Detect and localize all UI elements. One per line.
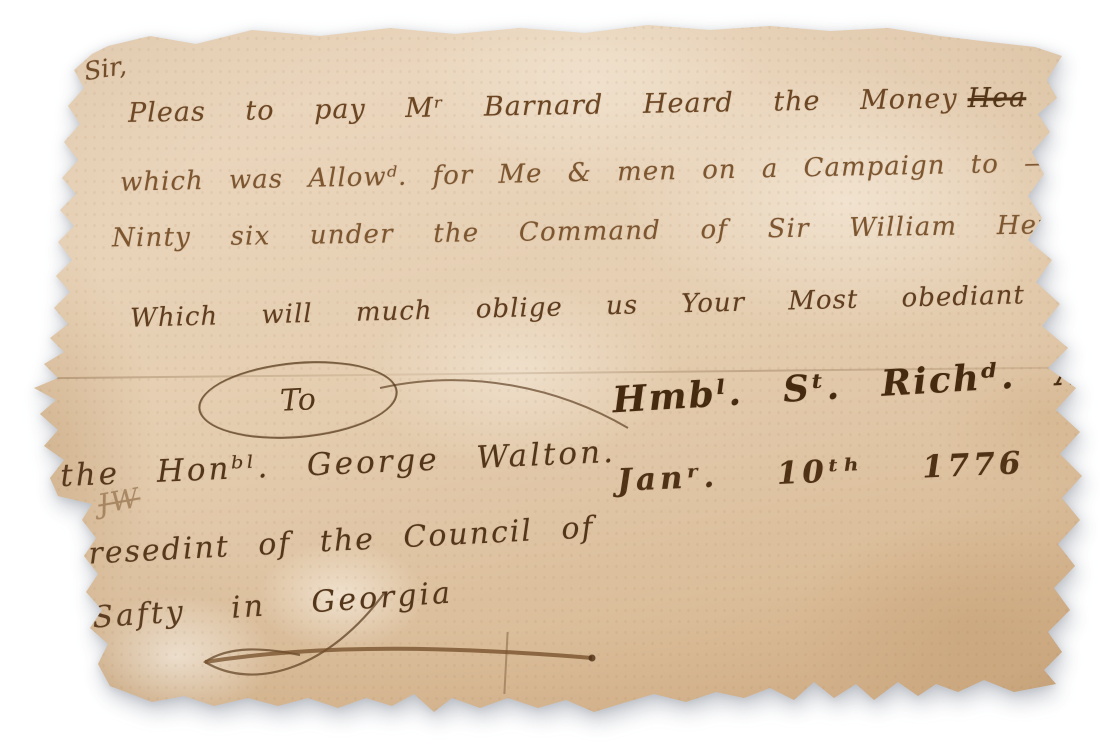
manuscript-photo: Sir, Pleas to pay Mʳ Barnard Heard the M… [0,0,1100,746]
struck-out-word: Hea [967,82,1026,114]
aged-paper-sheet: Sir, Pleas to pay Mʳ Barnard Heard the M… [0,0,1100,746]
paper-shadow: Sir, Pleas to pay Mʳ Barnard Heard the M… [0,0,1100,746]
body-line-3: Ninty six under the Command of Sir Willi… [112,209,1100,254]
salutation: Sir, [82,51,128,86]
date-line: Janʳ. 10ᵗʰ 1776 — [616,441,1100,499]
to-flourish-oval: To [195,353,401,446]
addressee-name: the Honᵇˡ. George Walton. [59,434,616,494]
to-label: To [279,382,317,419]
body-line-1: Pleas to pay Mʳ Barnard Heard the MoneyH… [128,82,1027,129]
crossed-out-initials: JW [96,483,143,521]
paper-crack [503,632,508,694]
addressee-title-line-1: Presedint of the Council of [65,510,595,573]
body-line-1-text: Pleas to pay Mʳ Barnard Heard the Money [128,83,958,128]
addressee-title-line-2: Safty in Georgia [91,575,454,635]
body-line-2: which was Allowᵈ. for Me & men on a Camp… [120,148,1052,197]
body-line-4: Which will much oblige us Your Most obed… [130,280,1026,333]
signature: Hmbˡ. Sᵗ. Richᵈ. Austo [611,345,1100,422]
